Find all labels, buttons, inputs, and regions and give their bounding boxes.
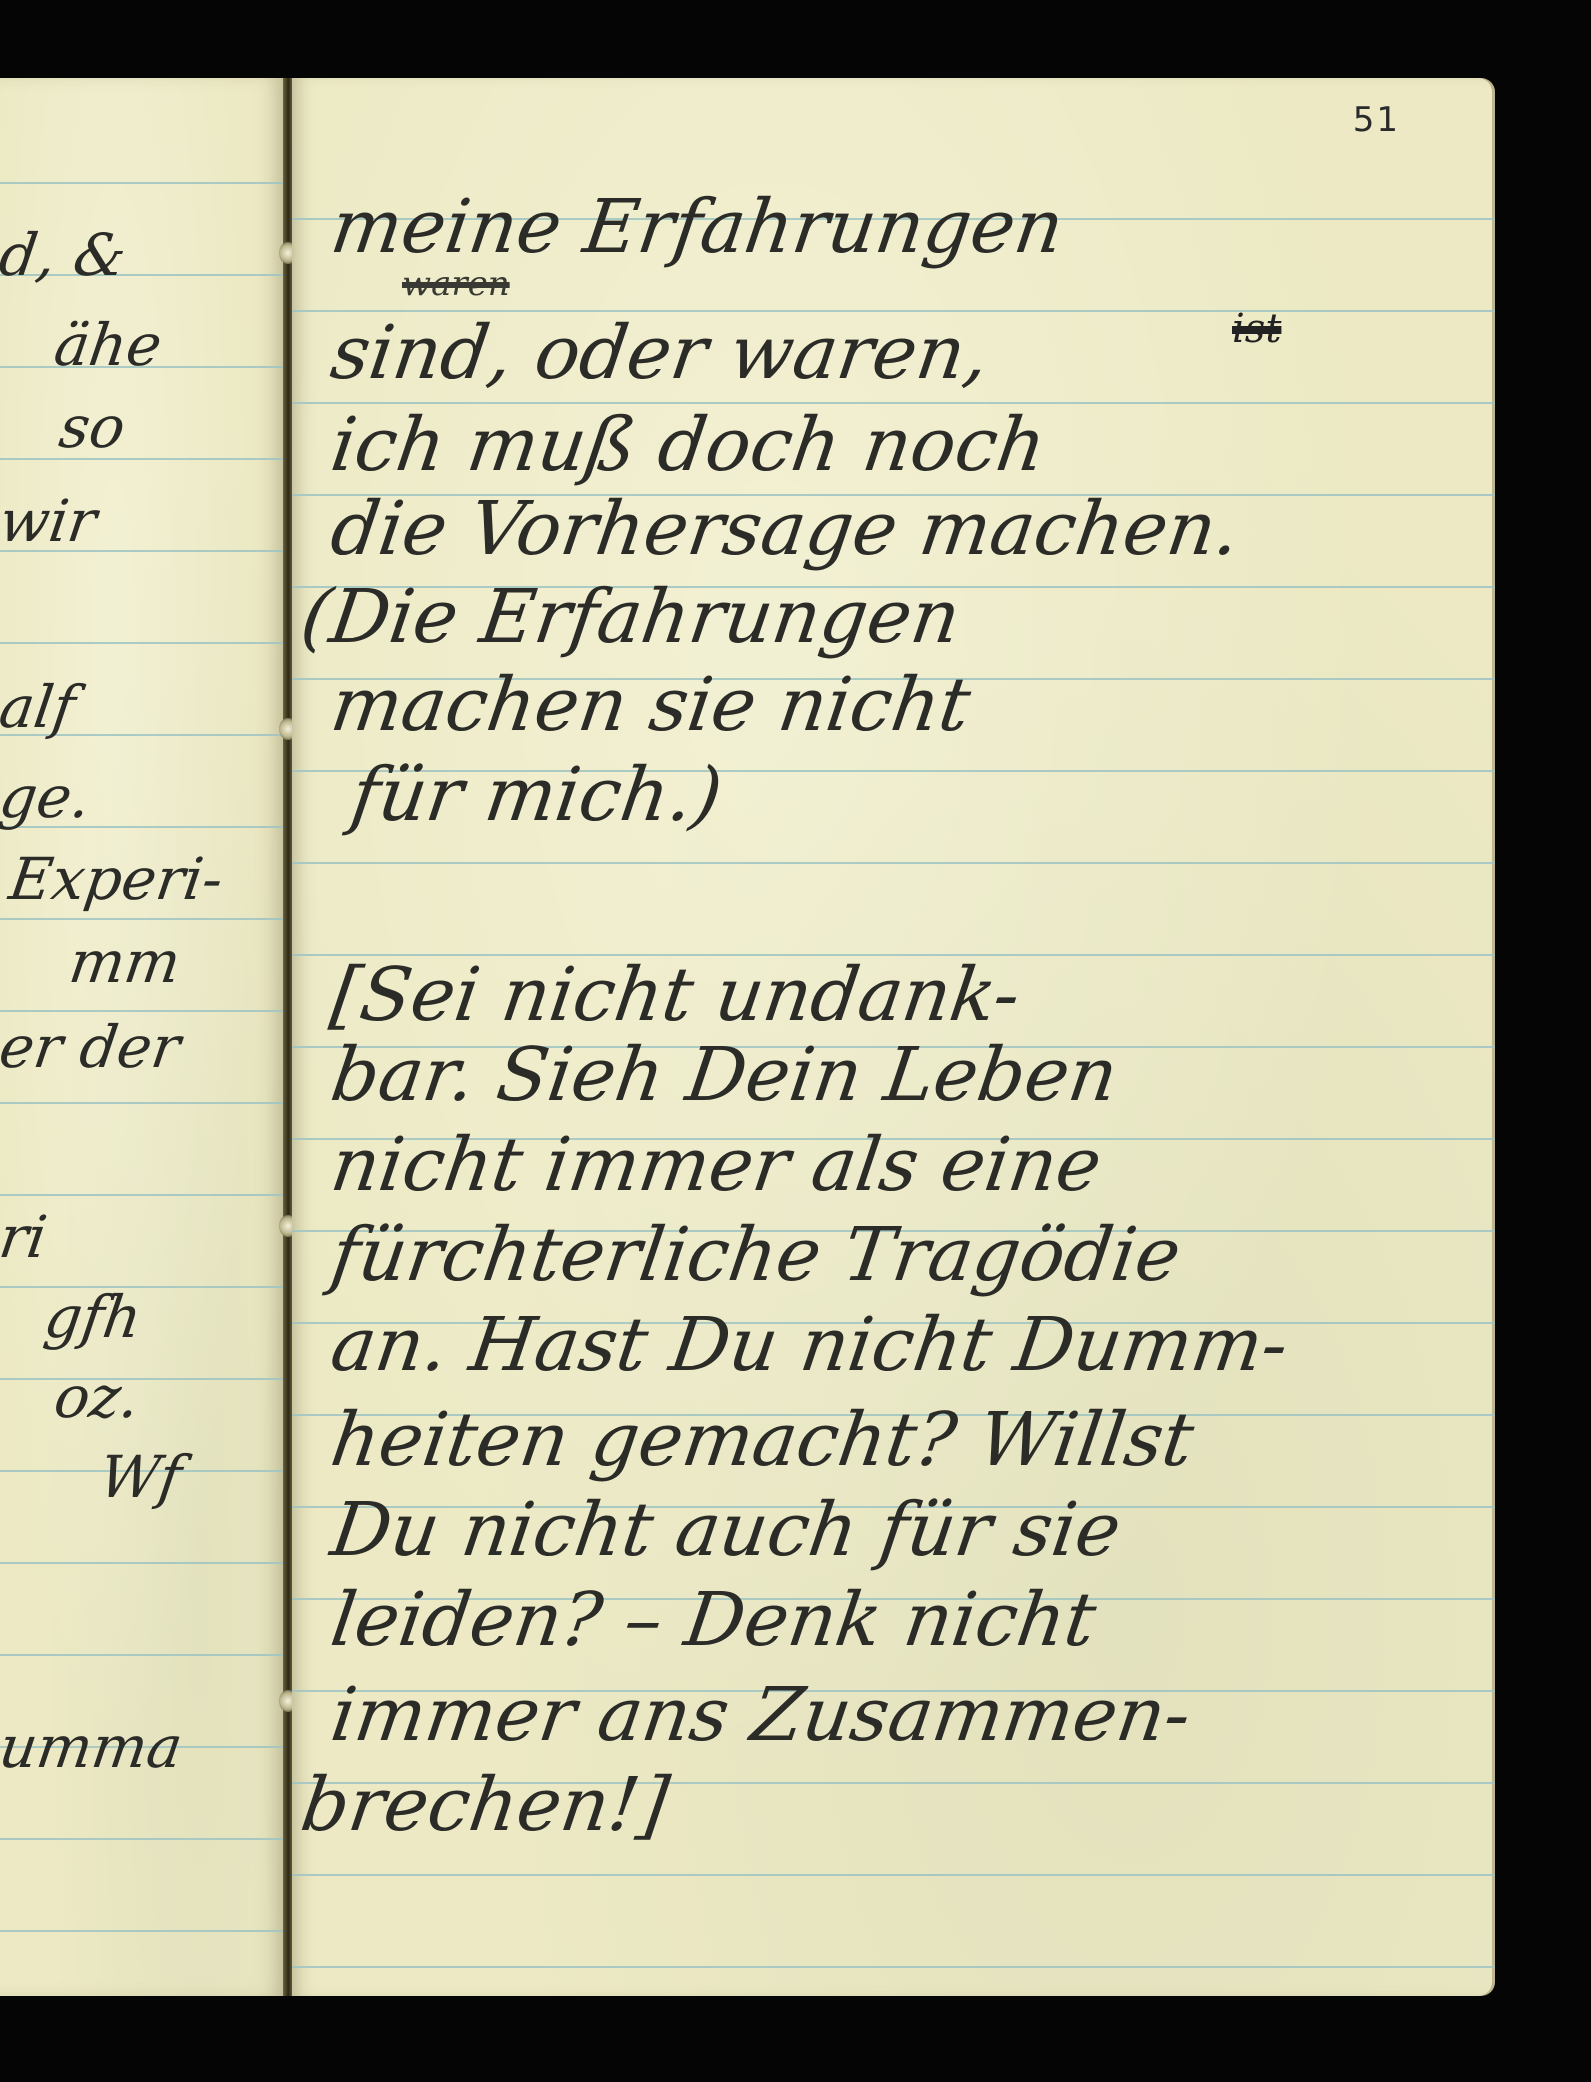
- handwritten-line: fürchterliche Tragödie: [327, 1218, 1185, 1292]
- handwritten-fragment: d, &: [0, 226, 130, 284]
- ruled-line: [0, 1010, 286, 1012]
- handwritten-line: nicht immer als eine: [327, 1128, 1106, 1202]
- ruled-line: [0, 642, 286, 644]
- handwritten-fragment: umma: [0, 1718, 186, 1776]
- right-page: 51 waren ist meine Erfahrungen sind, ode…: [292, 78, 1495, 1996]
- handwritten-line: immer ans Zusammen-: [327, 1678, 1195, 1752]
- handwritten-line: Du nicht auch für sie: [327, 1493, 1125, 1567]
- handwritten-line: an. Hast Du nicht Dumm-: [327, 1308, 1293, 1382]
- handwritten-fragment: er der: [0, 1018, 184, 1076]
- handwritten-line: machen sie nicht: [327, 668, 975, 742]
- ruled-line: [0, 1838, 286, 1840]
- ruled-line: [0, 458, 286, 460]
- handwritten-line: [Sei nicht undank-: [327, 958, 1025, 1032]
- handwritten-fragment: Wf: [96, 1448, 185, 1506]
- handwritten-fragment: wir: [0, 492, 100, 550]
- left-page: d, & ähe so wir alf ge. Experi- mm er de…: [0, 78, 286, 1996]
- handwritten-fragment: alf: [0, 678, 79, 736]
- ruled-line: [292, 862, 1495, 864]
- crossed-out-insertion: waren: [402, 264, 510, 304]
- handwritten-fragment: ge.: [0, 768, 94, 826]
- handwritten-fragment: ri: [0, 1208, 50, 1266]
- crossed-out-mark: ist: [1232, 306, 1281, 352]
- ruled-line: [0, 1378, 286, 1380]
- handwritten-line: brechen!]: [297, 1768, 673, 1842]
- ruled-line: [292, 1966, 1495, 1968]
- ruled-line: [0, 1930, 286, 1932]
- handwritten-fragment: so: [56, 398, 129, 456]
- handwritten-fragment: gfh: [41, 1288, 145, 1346]
- handwritten-fragment: ähe: [51, 316, 165, 374]
- ruled-line: [0, 1562, 286, 1564]
- handwritten-line: meine Erfahrungen: [327, 190, 1068, 264]
- page-number: 51: [1353, 100, 1400, 140]
- handwritten-line: (Die Erfahrungen: [297, 580, 965, 654]
- handwritten-line: heiten gemacht? Willst: [327, 1403, 1198, 1477]
- handwritten-line: ich muß doch noch: [327, 408, 1050, 482]
- handwritten-fragment: oz.: [51, 1368, 143, 1426]
- handwritten-line: sind, oder waren,: [327, 316, 994, 390]
- ruled-line: [0, 1102, 286, 1104]
- handwritten-line: die Vorhersage machen.: [327, 492, 1244, 566]
- handwritten-line: leiden? – Denk nicht: [327, 1583, 1100, 1657]
- ruled-line: [0, 1654, 286, 1656]
- handwritten-line: bar. Sieh Dein Leben: [327, 1038, 1122, 1112]
- ruled-line: [0, 182, 286, 184]
- handwritten-fragment: mm: [66, 933, 184, 991]
- ruled-line: [292, 1874, 1495, 1876]
- handwritten-line: für mich.): [347, 758, 727, 832]
- ruled-line: [0, 918, 286, 920]
- handwritten-fragment: Experi-: [6, 850, 227, 908]
- ruled-line: [0, 1194, 286, 1196]
